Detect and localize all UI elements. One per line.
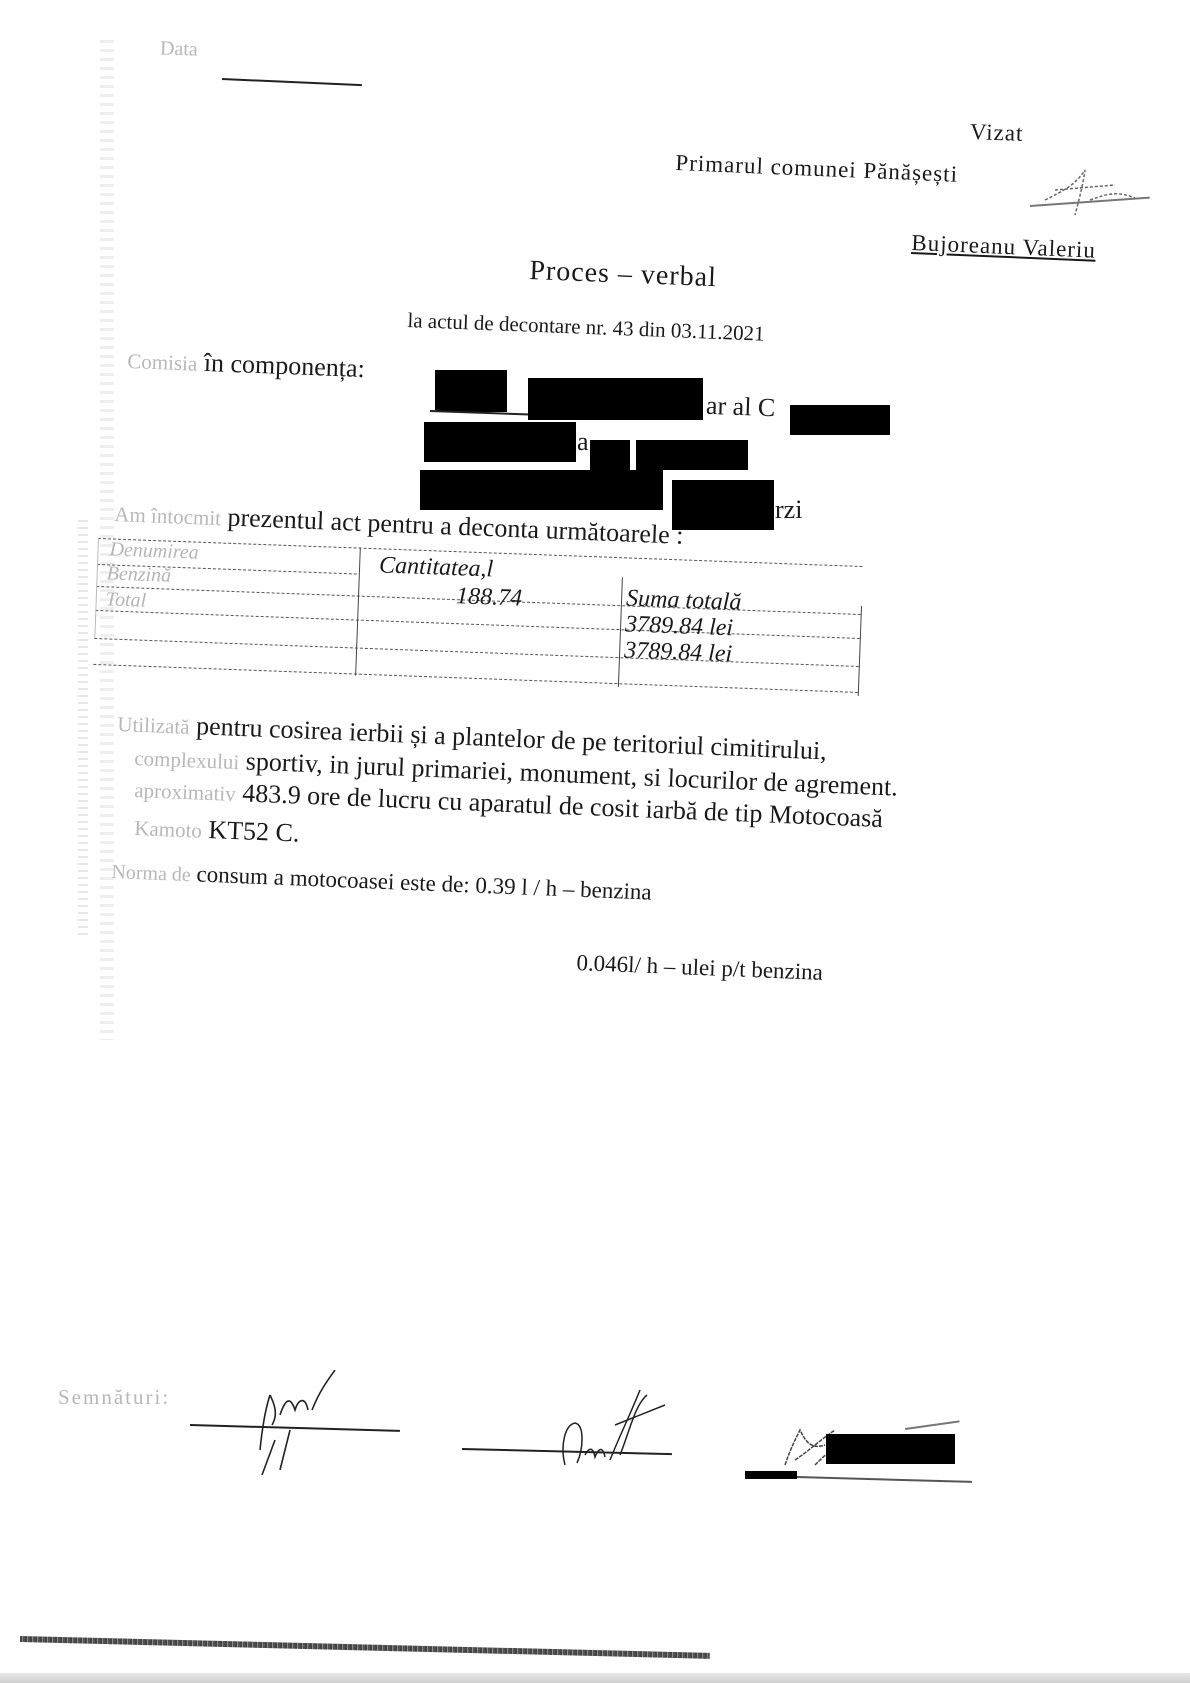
scan-artifact bbox=[78, 520, 88, 940]
redacted-block bbox=[672, 480, 774, 530]
table-cell-total-sum: 3789.84 lei bbox=[624, 637, 733, 668]
settlement-table: Denumirea Cantitatea,l Suma totală Benzi… bbox=[93, 538, 868, 708]
approval-label: Vizat bbox=[970, 119, 1024, 147]
commission-line2-fragment: a bbox=[577, 427, 589, 457]
consumption-line-2: 0.046l/ h – ulei p/t benzina bbox=[576, 950, 823, 986]
redacted-block bbox=[424, 422, 576, 462]
redacted-block bbox=[636, 440, 748, 470]
table-cell-total-label: Total bbox=[105, 588, 146, 612]
scan-artifact-bar bbox=[20, 1636, 710, 1659]
table-cell-name: Benzină bbox=[106, 562, 171, 587]
consumption-line-1: Norma de consum a motocoasei este de: 0.… bbox=[111, 858, 652, 906]
document-title: Proces – verbal bbox=[529, 255, 718, 294]
date-line bbox=[222, 78, 362, 86]
redacted-block bbox=[528, 378, 703, 420]
document-subtitle: la actul de decontare nr. 43 din 03.11.2… bbox=[407, 308, 765, 347]
signature-2 bbox=[555, 1385, 675, 1475]
commission-line1-suffix: ar al C bbox=[705, 391, 775, 423]
table-cell-quantity: 188.74 bbox=[456, 583, 523, 612]
scan-bottom-edge bbox=[0, 1673, 1190, 1683]
signatures-label: Semnături: bbox=[58, 1385, 170, 1410]
document-page: Data Vizat Primarul comunei Pănășești Bu… bbox=[0, 0, 1190, 1683]
redacted-block bbox=[790, 405, 890, 435]
redacted-block bbox=[420, 470, 663, 510]
redacted-block bbox=[590, 440, 630, 470]
description-line-4: Kamoto KT52 C. bbox=[134, 812, 300, 849]
signature-1 bbox=[250, 1370, 340, 1480]
table-header-quantity: Cantitatea,l bbox=[379, 552, 494, 583]
commission-line4-suffix: rzi bbox=[775, 495, 802, 525]
mayor-name: Bujoreanu Valeriu bbox=[911, 230, 1096, 264]
mayor-signature bbox=[1035, 160, 1155, 220]
mayor-title: Primarul comunei Pănășești bbox=[675, 150, 959, 188]
redacted-block bbox=[435, 370, 507, 412]
signature-stroke bbox=[905, 1420, 960, 1429]
commission-label: Comisia în componența: bbox=[127, 345, 366, 384]
table-header-name: Denumirea bbox=[109, 538, 199, 564]
redacted-block bbox=[826, 1434, 955, 1464]
date-label: Data bbox=[160, 37, 199, 61]
